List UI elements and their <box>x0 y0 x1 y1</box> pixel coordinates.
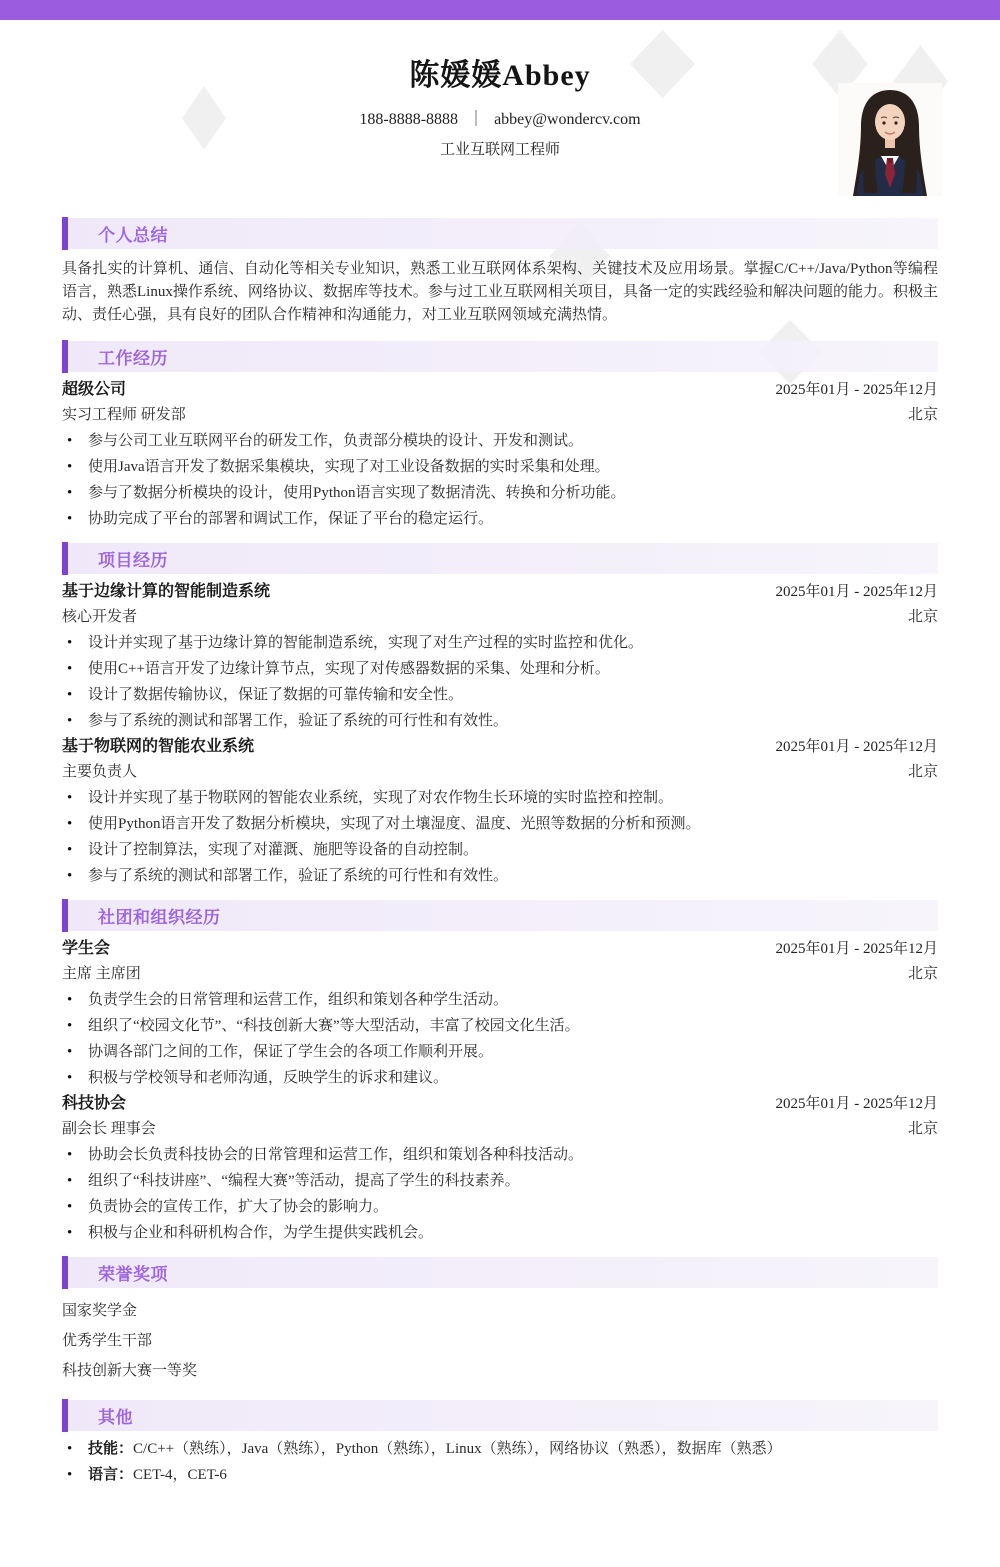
resume-header: 陈媛媛Abbey 188-8888-8888｜abbey@wondercv.co… <box>62 0 938 160</box>
entry-date: 2025年01月 - 2025年12月 <box>776 582 939 602</box>
other-list: 技能：C/C++（熟练），Java（熟练），Python（熟练），Linux（熟… <box>62 1439 938 1485</box>
bullet-item: 积极与学校领导和老师沟通，反映学生的诉求和建议。 <box>62 1068 938 1088</box>
section-title-honors: 荣誉奖项 <box>98 1260 168 1285</box>
section-honors: 荣誉奖项 国家奖学金 优秀学生干部 科技创新大赛一等奖 <box>62 1257 938 1386</box>
entry-location: 北京 <box>908 607 938 627</box>
bullet-item: 设计了控制算法，实现了对灌溉、施肥等设备的自动控制。 <box>62 840 938 860</box>
project-entry: 基于物联网的智能农业系统 2025年01月 - 2025年12月 主要负责人 北… <box>62 737 938 886</box>
entry-location: 北京 <box>908 762 938 782</box>
section-header-other: 其他 <box>62 1400 938 1431</box>
bullet-item: 积极与企业和科研机构合作，为学生提供实践机会。 <box>62 1223 938 1243</box>
skill-text: C/C++（熟练），Java（熟练），Python（熟练），Linux（熟练），… <box>133 1441 782 1457</box>
entry-location: 北京 <box>908 405 938 425</box>
phone-number: 188-8888-8888 <box>359 111 458 128</box>
bullet-item: 协助会长负责科技协会的日常管理和运营工作，组织和策划各种科技活动。 <box>62 1145 938 1165</box>
entry-organization-name: 学生会 <box>62 939 110 959</box>
language-text: CET-4，CET-6 <box>133 1467 227 1483</box>
skill-item: 技能：C/C++（熟练），Java（熟练），Python（熟练），Linux（熟… <box>62 1439 938 1459</box>
honor-item: 优秀学生干部 <box>62 1326 938 1356</box>
entry-location: 北京 <box>908 964 938 984</box>
section-accent-bar <box>62 1399 68 1432</box>
section-accent-bar <box>62 542 68 575</box>
section-header-organizations: 社团和组织经历 <box>62 900 938 931</box>
bullet-item: 组织了“科技讲座”、“编程大赛”等活动，提高了学生的科技素养。 <box>62 1171 938 1191</box>
section-accent-bar <box>62 899 68 932</box>
section-accent-bar <box>62 217 68 250</box>
entry-bullet-list: 设计并实现了基于物联网的智能农业系统，实现了对农作物生长环境的实时监控和控制。 … <box>62 788 938 886</box>
bullet-item: 参与了系统的测试和部署工作，验证了系统的可行性和有效性。 <box>62 711 938 731</box>
entry-location: 北京 <box>908 1119 938 1139</box>
entry-date: 2025年01月 - 2025年12月 <box>776 939 939 959</box>
section-work: 工作经历 超级公司 2025年01月 - 2025年12月 实习工程师 研发部 … <box>62 341 938 529</box>
page-title: 陈媛媛Abbey <box>62 58 938 94</box>
entry-role: 核心开发者 <box>62 607 137 627</box>
language-item: 语言：CET-4，CET-6 <box>62 1465 938 1485</box>
honors-list: 国家奖学金 优秀学生干部 科技创新大赛一等奖 <box>62 1296 938 1386</box>
section-other: 其他 技能：C/C++（熟练），Java（熟练），Python（熟练），Linu… <box>62 1400 938 1485</box>
entry-date: 2025年01月 - 2025年12月 <box>776 737 939 757</box>
entry-role: 主要负责人 <box>62 762 137 782</box>
work-entry: 超级公司 2025年01月 - 2025年12月 实习工程师 研发部 北京 参与… <box>62 380 938 529</box>
entry-bullet-list: 设计并实现了基于边缘计算的智能制造系统，实现了对生产过程的实时监控和优化。 使用… <box>62 633 938 731</box>
profile-photo <box>838 83 942 196</box>
section-title-summary: 个人总结 <box>98 221 168 246</box>
bullet-item: 参与了系统的测试和部署工作，验证了系统的可行性和有效性。 <box>62 866 938 886</box>
language-label: 语言： <box>88 1467 133 1483</box>
entry-date: 2025年01月 - 2025年12月 <box>776 380 939 400</box>
entry-date: 2025年01月 - 2025年12月 <box>776 1094 939 1114</box>
section-projects: 项目经历 基于边缘计算的智能制造系统 2025年01月 - 2025年12月 核… <box>62 543 938 886</box>
entry-bullet-list: 协助会长负责科技协会的日常管理和运营工作，组织和策划各种科技活动。 组织了“科技… <box>62 1145 938 1243</box>
entry-bullet-list: 参与公司工业互联网平台的研发工作，负责部分模块的设计、开发和测试。 使用Java… <box>62 431 938 529</box>
entry-bullet-list: 负责学生会的日常管理和运营工作，组织和策划各种学生活动。 组织了“校园文化节”、… <box>62 990 938 1088</box>
section-accent-bar <box>62 340 68 373</box>
section-header-summary: 个人总结 <box>62 218 938 249</box>
section-summary: 个人总结 具备扎实的计算机、通信、自动化等相关专业知识，熟悉工业互联网体系架构、… <box>62 218 938 327</box>
bullet-item: 负责学生会的日常管理和运营工作，组织和策划各种学生活动。 <box>62 990 938 1010</box>
bullet-item: 参与公司工业互联网平台的研发工作，负责部分模块的设计、开发和测试。 <box>62 431 938 451</box>
section-title-work: 工作经历 <box>98 344 168 369</box>
bullet-item: 设计并实现了基于边缘计算的智能制造系统，实现了对生产过程的实时监控和优化。 <box>62 633 938 653</box>
contact-line: 188-8888-8888｜abbey@wondercv.com <box>62 110 938 130</box>
job-title: 工业互联网工程师 <box>62 140 938 160</box>
bullet-item: 使用Python语言开发了数据分析模块，实现了对土壤湿度、温度、光照等数据的分析… <box>62 814 938 834</box>
entry-role: 主席 主席团 <box>62 964 141 984</box>
honor-item: 科技创新大赛一等奖 <box>62 1356 938 1386</box>
bullet-item: 协助完成了平台的部署和调试工作，保证了平台的稳定运行。 <box>62 509 938 529</box>
section-title-other: 其他 <box>98 1403 133 1428</box>
section-header-honors: 荣誉奖项 <box>62 1257 938 1288</box>
entry-role: 副会长 理事会 <box>62 1119 156 1139</box>
bullet-item: 参与了数据分析模块的设计，使用Python语言实现了数据清洗、转换和分析功能。 <box>62 483 938 503</box>
entry-organization-name: 科技协会 <box>62 1094 126 1114</box>
bullet-item: 负责协会的宣传工作，扩大了协会的影响力。 <box>62 1197 938 1217</box>
section-title-projects: 项目经历 <box>98 546 168 571</box>
organization-entry: 科技协会 2025年01月 - 2025年12月 副会长 理事会 北京 协助会长… <box>62 1094 938 1243</box>
bullet-item: 协调各部门之间的工作，保证了学生会的各项工作顺利开展。 <box>62 1042 938 1062</box>
organization-entry: 学生会 2025年01月 - 2025年12月 主席 主席团 北京 负责学生会的… <box>62 939 938 1088</box>
section-title-organizations: 社团和组织经历 <box>98 903 221 928</box>
top-accent-bar <box>0 0 1000 20</box>
section-header-projects: 项目经历 <box>62 543 938 574</box>
bullet-item: 组织了“校园文化节”、“科技创新大赛”等大型活动，丰富了校园文化生活。 <box>62 1016 938 1036</box>
entry-company: 超级公司 <box>62 380 126 400</box>
entry-project-name: 基于边缘计算的智能制造系统 <box>62 582 270 602</box>
section-organizations: 社团和组织经历 学生会 2025年01月 - 2025年12月 主席 主席团 北… <box>62 900 938 1243</box>
bullet-item: 使用C++语言开发了边缘计算节点，实现了对传感器数据的采集、处理和分析。 <box>62 659 938 679</box>
honor-item: 国家奖学金 <box>62 1296 938 1326</box>
bullet-item: 使用Java语言开发了数据采集模块，实现了对工业设备数据的实时采集和处理。 <box>62 457 938 477</box>
section-accent-bar <box>62 1256 68 1289</box>
project-entry: 基于边缘计算的智能制造系统 2025年01月 - 2025年12月 核心开发者 … <box>62 582 938 731</box>
bullet-item: 设计并实现了基于物联网的智能农业系统，实现了对农作物生长环境的实时监控和控制。 <box>62 788 938 808</box>
entry-project-name: 基于物联网的智能农业系统 <box>62 737 254 757</box>
summary-text: 具备扎实的计算机、通信、自动化等相关专业知识，熟悉工业互联网体系架构、关键技术及… <box>62 258 938 327</box>
entry-role: 实习工程师 研发部 <box>62 405 186 425</box>
skill-label: 技能： <box>88 1441 133 1457</box>
email-address: abbey@wondercv.com <box>494 111 641 128</box>
contact-separator: ｜ <box>468 111 484 128</box>
bullet-item: 设计了数据传输协议，保证了数据的可靠传输和安全性。 <box>62 685 938 705</box>
section-header-work: 工作经历 <box>62 341 938 372</box>
